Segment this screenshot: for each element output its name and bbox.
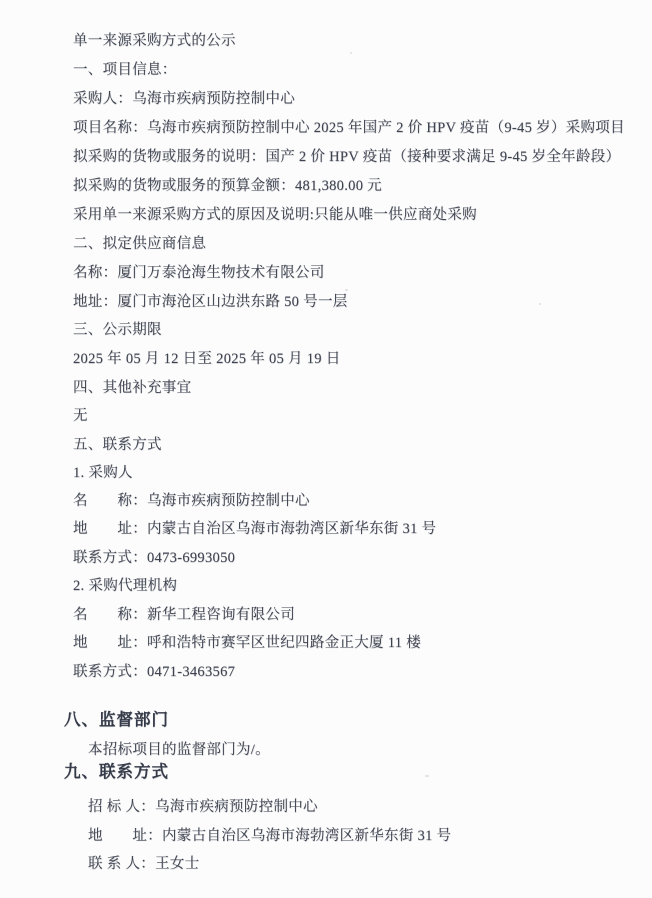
purchaser-name-line: 名 称：乌海市疾病预防控制中心 [73, 493, 310, 510]
goods-description-line: 拟采购的货物或服务的说明：国产 2 价 HPV 疫苗（接种要求满足 9-45 岁… [73, 149, 620, 166]
purchaser-contact-line: 联系方式：0473-6993050 [73, 550, 235, 567]
supervision-department-line: 本招标项目的监督部门为/。 [88, 742, 270, 759]
section-1-heading: 一、项目信息： [73, 62, 177, 79]
purchaser-subsection-label: 1. 采购人 [73, 465, 133, 482]
agency-subsection-label: 2. 采购代理机构 [73, 578, 177, 595]
scan-speck [345, 289, 348, 291]
other-matters-line: 无 [73, 408, 88, 425]
single-source-reason-line: 采用单一来源采购方式的原因及说明:只能从唯一供应商处采购 [73, 207, 477, 224]
publicity-period-line: 2025 年 05 月 12 日至 2025 年 05 月 19 日 [73, 351, 341, 368]
budget-amount-line: 拟采购的货物或服务的预算金额：481,380.00 元 [73, 178, 382, 195]
project-name-line: 项目名称：乌海市疾病预防控制中心 2025 年国产 2 价 HPV 疫苗（9-4… [73, 120, 625, 137]
scan-speck [539, 303, 541, 305]
agency-name-line: 名 称：新华工程咨询有限公司 [73, 607, 295, 624]
procurement-notice-document: 单一来源采购方式的公示 一、项目信息： 采购人：乌海市疾病预防控制中心 项目名称… [0, 0, 652, 898]
section-5-heading: 五、联系方式 [73, 437, 162, 454]
purchaser-address-line: 地 址：内蒙古自治区乌海市海勃湾区新华东街 31 号 [73, 521, 436, 538]
section-4-heading: 四、其他补充事宜 [73, 380, 191, 397]
agency-address-line: 地 址：呼和浩特市赛罕区世纪四路金正大厦 11 楼 [73, 635, 421, 652]
section-8-heading: 八、监督部门 [64, 711, 169, 730]
supplier-address-line: 地址：厦门市海沧区山边洪东路 50 号一层 [73, 294, 348, 311]
section-3-heading: 三、公示期限 [73, 322, 162, 339]
section-2-heading: 二、拟定供应商信息 [73, 236, 206, 253]
purchaser-line: 采购人：乌海市疾病预防控制中心 [73, 91, 295, 108]
scan-speck [350, 52, 352, 54]
scan-speck [425, 775, 429, 777]
agency-contact-line: 联系方式：0471-3463567 [73, 664, 235, 681]
contact-person-line: 联 系 人：王女士 [88, 856, 199, 873]
bidder-name-line: 招 标 人：乌海市疾病预防控制中心 [88, 799, 318, 816]
supplier-name-line: 名称：厦门万泰沧海生物技术有限公司 [73, 265, 325, 282]
section-9-heading: 九、联系方式 [64, 763, 169, 782]
bidder-address-line: 地 址：内蒙古自治区乌海市海勃湾区新华东街 31 号 [88, 828, 451, 845]
document-title: 单一来源采购方式的公示 [73, 33, 236, 50]
